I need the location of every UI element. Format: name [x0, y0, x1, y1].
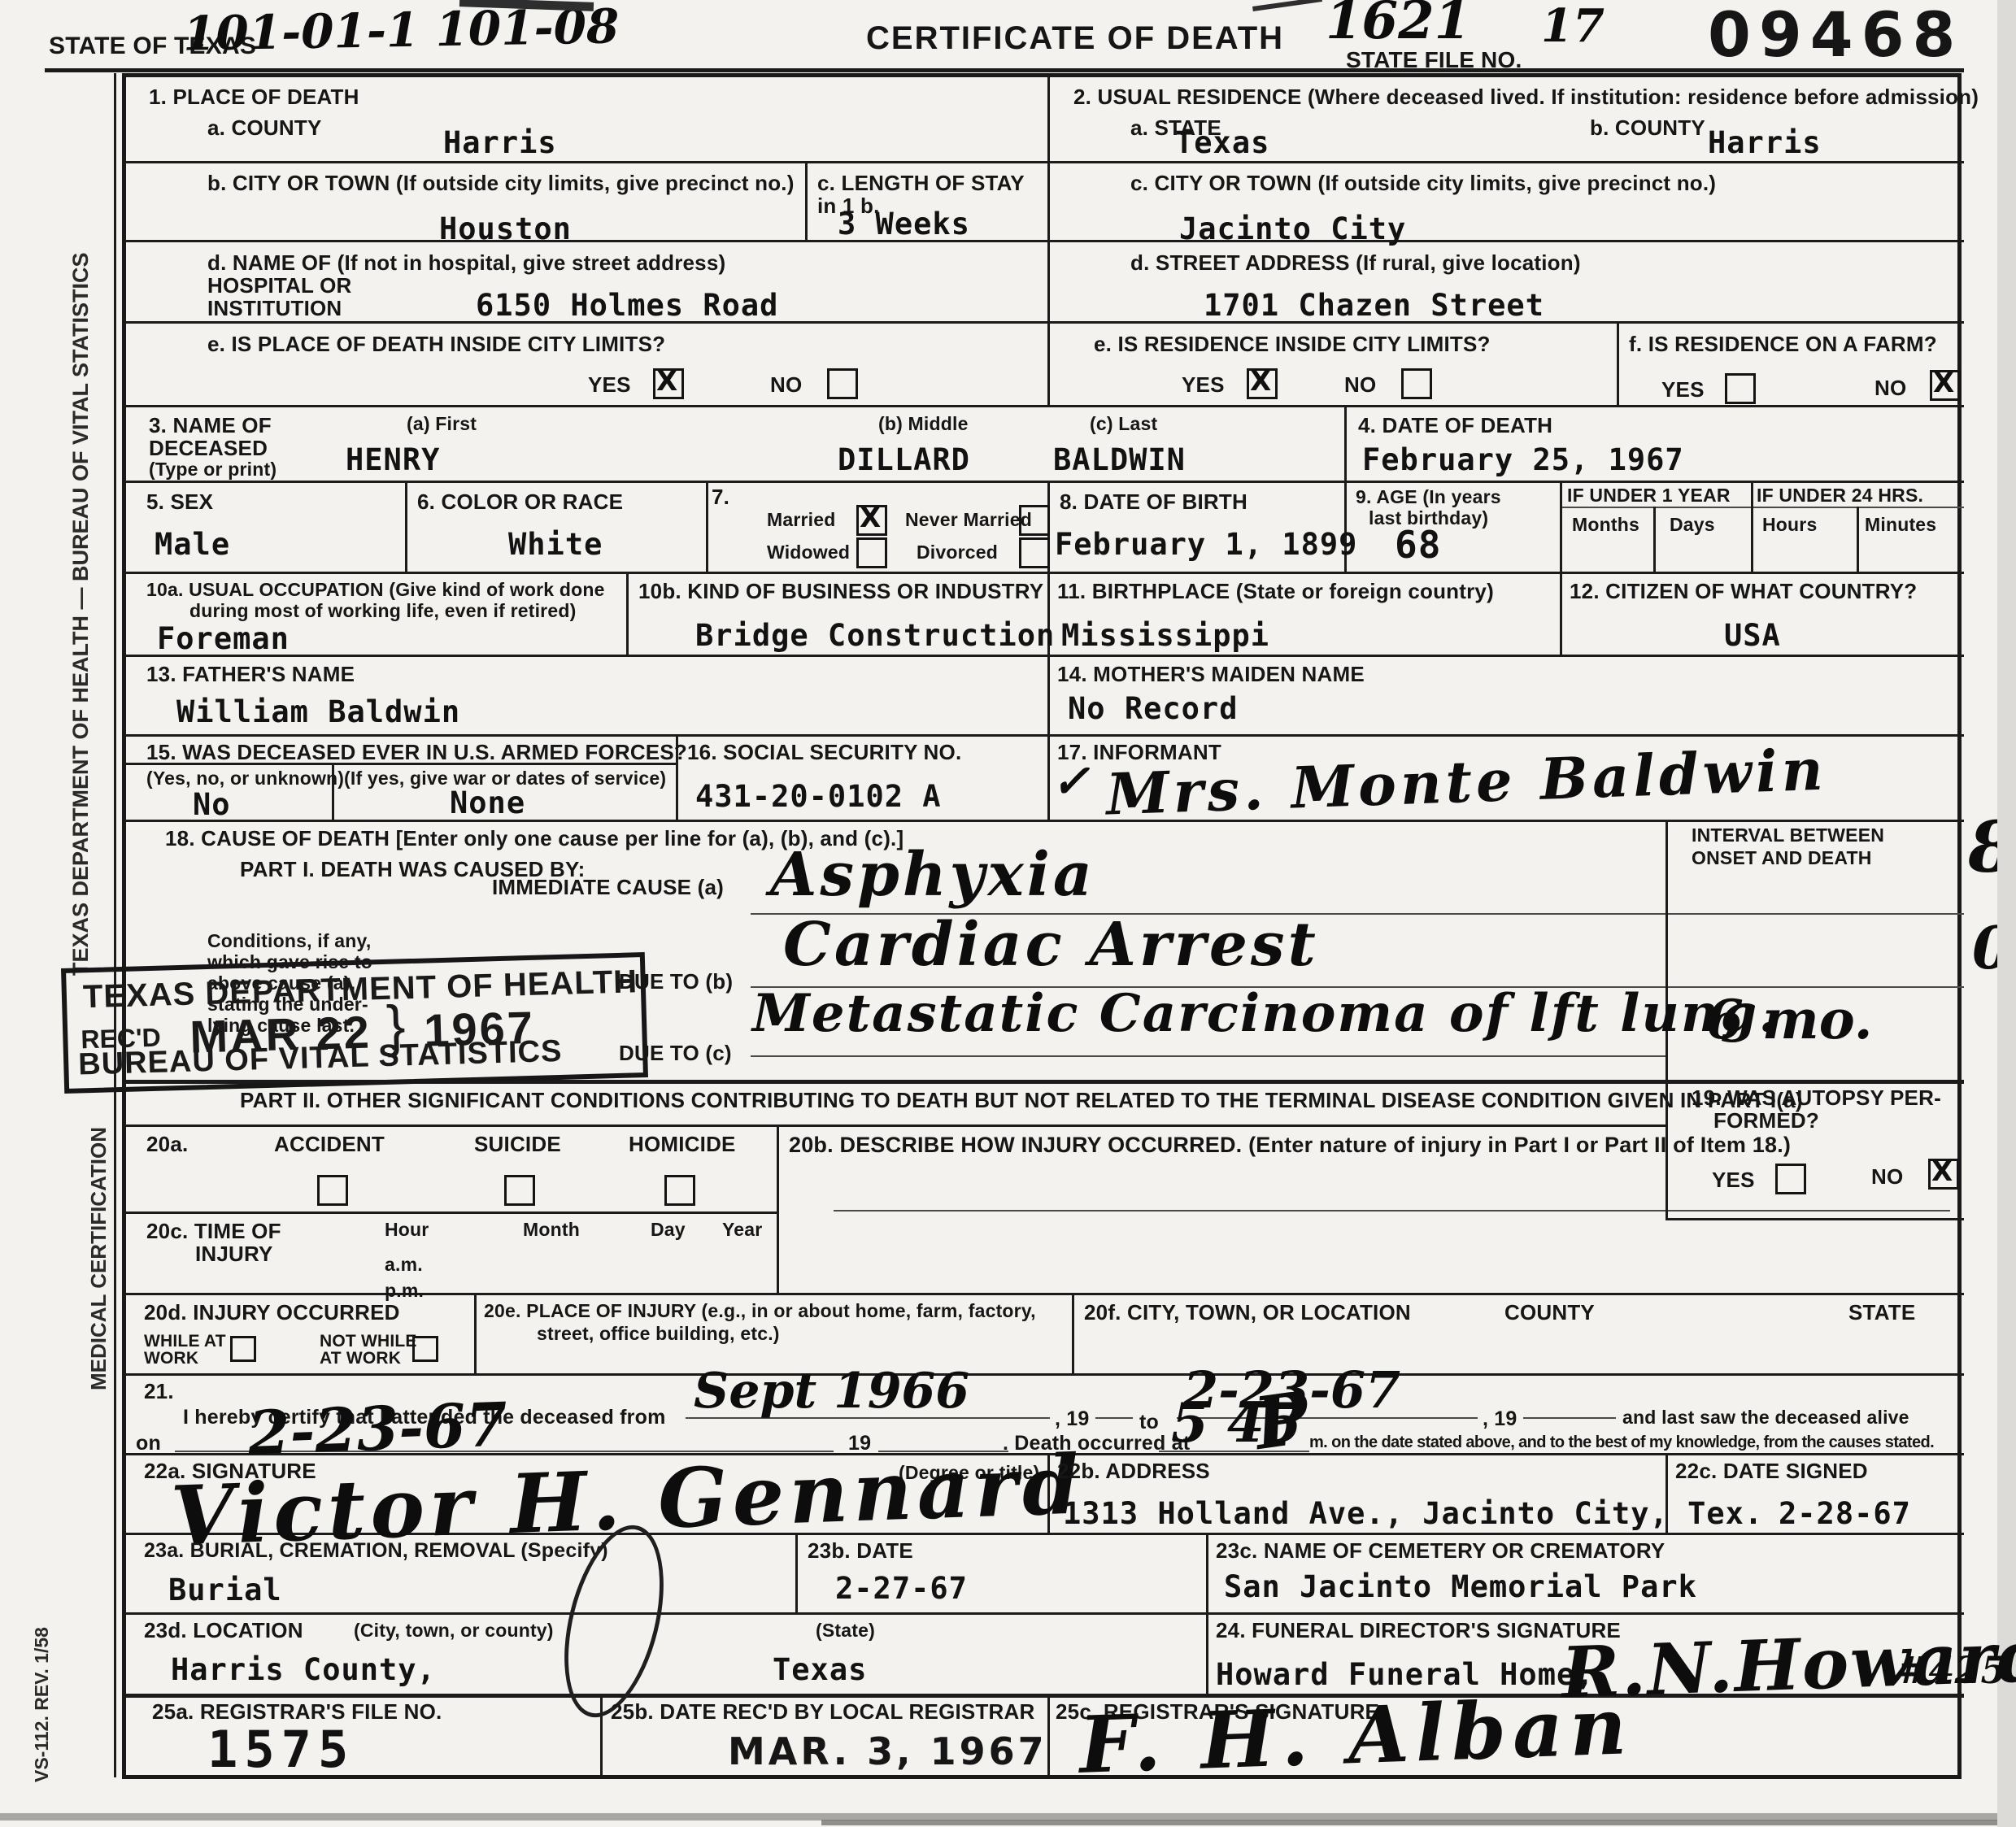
cause-c-line — [751, 1055, 1665, 1057]
occupation-label2: during most of working life, even if ret… — [189, 601, 576, 622]
checkbox-mark: X — [1250, 368, 1271, 395]
divider — [1047, 1694, 1050, 1775]
divider — [126, 572, 1964, 574]
yes-label: YES — [1661, 378, 1705, 402]
first-name-label: (a) First — [407, 414, 477, 435]
ssn-value: 431-20-0102 A — [695, 781, 942, 811]
if-under-24-hrs-label: IF UNDER 24 HRS. — [1757, 485, 1923, 507]
divider — [126, 1373, 1964, 1376]
handwritten-17: 17 — [1541, 3, 1605, 49]
birthplace-label: 11. BIRTHPLACE (State or foreign country… — [1057, 580, 1494, 603]
industry-label: 10b. KIND OF BUSINESS OR INDUSTRY — [638, 580, 1043, 603]
checkbox-mark: X — [1933, 369, 1954, 397]
injury-state-label: STATE — [1848, 1301, 1915, 1325]
divider — [126, 240, 1964, 242]
death-city-limits-label: e. IS PLACE OF DEATH INSIDE CITY LIMITS? — [207, 333, 665, 356]
divider — [126, 655, 1964, 657]
place-of-injury-label2: street, office building, etc.) — [537, 1324, 780, 1345]
residence-city-limits-label: e. IS RESIDENCE INSIDE CITY LIMITS? — [1094, 333, 1491, 356]
interval-c-value: 6 mo. — [1706, 993, 1873, 1046]
burial-date-value: 2-27-67 — [835, 1573, 968, 1603]
divider — [126, 1124, 1665, 1127]
city-label: b. CITY OR TOWN (If outside city limits,… — [207, 172, 795, 195]
suicide-checkbox — [504, 1175, 535, 1206]
yes-label: YES — [1182, 373, 1225, 397]
yes-label: YES — [1712, 1168, 1755, 1192]
burial-label: 23a. BURIAL, CREMATION, REMOVAL (Specify… — [144, 1539, 608, 1562]
pm-label: p.m. — [385, 1281, 424, 1302]
minutes-label: Minutes — [1865, 515, 1936, 536]
divider — [1751, 481, 1753, 572]
header-rule — [45, 68, 1964, 72]
autopsy-yes-checkbox — [1775, 1164, 1806, 1194]
nineteen-label: , 19 — [1055, 1407, 1090, 1430]
divider — [126, 405, 1964, 407]
if-under-1-year-label: IF UNDER 1 YEAR — [1567, 485, 1731, 507]
registrar-signature: F. H. Alban — [1078, 1687, 1635, 1785]
length-of-stay-label: c. LENGTH OF STAY — [817, 172, 1025, 195]
state-sublabel: (State) — [816, 1620, 875, 1642]
armed-forces-label: 15. WAS DECEASED EVER IN U.S. ARMED FORC… — [146, 741, 687, 764]
residence-city-label: c. CITY OR TOWN (If outside city limits,… — [1130, 172, 1716, 195]
armed-forces-value2: None — [450, 788, 525, 818]
hour-label: Hour — [385, 1220, 429, 1241]
divider — [1857, 507, 1859, 572]
no-label: NO — [770, 373, 802, 397]
accident-checkbox — [317, 1175, 348, 1206]
divider — [1206, 1533, 1208, 1612]
divider — [1617, 321, 1619, 405]
armed-forces-sub1: (Yes, no, or unknown) — [146, 768, 344, 790]
no-label: NO — [1871, 1165, 1903, 1189]
divider — [474, 1293, 477, 1373]
blank-line — [1095, 1417, 1133, 1419]
last-name-label: (c) Last — [1090, 414, 1157, 435]
registrar-file-value: 1575 — [207, 1725, 355, 1775]
divider — [1653, 507, 1656, 572]
last-name-value: BALDWIN — [1053, 445, 1186, 475]
injury-county-label: COUNTY — [1504, 1301, 1595, 1325]
first-name-value: HENRY — [346, 445, 440, 475]
suicide-label: SUICIDE — [474, 1133, 561, 1156]
scan-edge-band — [821, 1820, 2016, 1825]
last-saw-alive-label: and last saw the deceased alive — [1622, 1407, 1909, 1429]
time-of-injury-label2: INJURY — [195, 1242, 273, 1266]
divider — [1560, 507, 1964, 508]
autopsy-label: 19. WAS AUTOPSY PER- — [1692, 1086, 1941, 1110]
yes-label: YES — [588, 373, 631, 397]
divorced-checkbox — [1019, 537, 1050, 568]
divider — [126, 1612, 1964, 1615]
homicide-checkbox — [664, 1175, 695, 1206]
divider — [126, 734, 1964, 737]
not-while-at-work-label: NOT WHILE — [320, 1332, 417, 1351]
divider — [1560, 481, 1562, 572]
location-sublabel: (City, town, or county) — [354, 1620, 554, 1642]
hospital-value: 6150 Holmes Road — [476, 290, 778, 320]
blank-line — [1523, 1417, 1616, 1419]
injury-blank-line — [834, 1210, 1950, 1211]
nineteen-label: , 19 — [1483, 1407, 1517, 1430]
county-label: a. COUNTY — [207, 116, 321, 140]
place-of-death-title: 1. PLACE OF DEATH — [149, 85, 359, 109]
location-label: 23d. LOCATION — [144, 1619, 303, 1642]
citizen-value: USA — [1724, 620, 1781, 650]
divider — [1047, 734, 1050, 820]
accident-label: ACCIDENT — [274, 1133, 385, 1156]
death-limits-no-checkbox — [827, 368, 858, 399]
month-label: Month — [523, 1220, 580, 1241]
burial-value: Burial — [168, 1575, 282, 1605]
armed-forces-value1: No — [193, 790, 231, 820]
marital-section-label: 7. — [712, 485, 729, 509]
city-value: Houston — [439, 214, 572, 244]
sex-value: Male — [155, 529, 230, 559]
divider — [126, 481, 1964, 483]
widowed-label: Widowed — [767, 542, 850, 563]
injury-occurred-label: 20d. INJURY OCCURRED — [144, 1301, 400, 1325]
never-married-checkbox — [1019, 505, 1050, 536]
describe-injury-label: 20b. DESCRIBE HOW INJURY OCCURRED. (Ente… — [789, 1133, 1791, 1157]
ssn-label: 16. SOCIAL SECURITY NO. — [687, 741, 961, 764]
autopsy-label2: FORMED? — [1713, 1109, 1819, 1133]
no-label: NO — [1874, 376, 1906, 400]
divider — [1344, 405, 1347, 481]
divider — [126, 820, 1964, 822]
age-value: 68 — [1395, 526, 1441, 563]
date-signed-value: 2-28-67 — [1779, 1499, 1911, 1529]
date-signed-label: 22c. DATE SIGNED — [1675, 1459, 1868, 1483]
color-race-value: White — [508, 529, 603, 559]
hospital-label3: INSTITUTION — [207, 297, 342, 320]
residence-city-value: Jacinto City — [1179, 214, 1406, 244]
certificate-form: 1. PLACE OF DEATH a. COUNTY Harris 2. US… — [122, 73, 1962, 1779]
interval-label2: ONSET AND DEATH — [1692, 848, 1872, 869]
day-label: Day — [651, 1220, 686, 1241]
address-label: 22b. ADDRESS — [1057, 1459, 1210, 1483]
last-saw-date-value: 2-23-67 — [247, 1394, 508, 1464]
funeral-number: #425 — [1897, 1651, 2007, 1689]
residence-county-value: Harris — [1708, 128, 1822, 158]
date-of-birth-value: February 1, 1899 — [1055, 529, 1357, 559]
divider — [1665, 913, 1964, 915]
hours-label: Hours — [1762, 515, 1817, 536]
death-time-ampm: P — [1250, 1381, 1313, 1459]
type-or-print-label: (Type or print) — [149, 459, 276, 481]
date-recd-stamp: MAR. 3, 1967 — [728, 1731, 1047, 1773]
divider — [126, 161, 1964, 163]
not-while-at-work-label2: AT WORK — [320, 1349, 401, 1368]
death-limits-yes-checkbox: X — [653, 368, 684, 399]
industry-value: Bridge Construction — [695, 620, 1055, 650]
hospital-label2: HOSPITAL OR — [207, 274, 351, 298]
address-value: 1313 Holland Ave., Jacinto City, Tex. — [1063, 1499, 1763, 1529]
divider — [126, 321, 1964, 324]
county-value: Harris — [443, 128, 557, 158]
while-at-work-label: WHILE AT — [144, 1332, 226, 1351]
homicide-label: HOMICIDE — [629, 1133, 736, 1156]
received-stamp: TEXAS DEPARTMENT OF HEALTH REC'D MAR 22 … — [61, 952, 648, 1094]
interval-label: INTERVAL BETWEEN — [1692, 825, 1884, 846]
divider — [706, 481, 708, 572]
not-while-at-work-checkbox — [412, 1336, 438, 1362]
certificate-title: CERTIFICATE OF DEATH — [866, 20, 1284, 57]
divorced-label: Divorced — [917, 542, 998, 563]
while-at-work-checkbox — [230, 1336, 256, 1362]
time-of-injury-label: 20c. TIME OF — [146, 1220, 281, 1243]
residence-county-label: b. COUNTY — [1590, 116, 1705, 140]
section-21-number: 21. — [144, 1380, 174, 1403]
divider — [405, 481, 407, 572]
to-label: to — [1139, 1411, 1159, 1433]
no-label: NO — [1344, 373, 1376, 397]
left-double-border — [114, 73, 116, 1777]
section-20a-number: 20a. — [146, 1133, 188, 1156]
on-label: on — [136, 1432, 161, 1455]
checkbox-mark: X — [1931, 1158, 1953, 1185]
certify-tail-statement: m. on the date stated above, and to the … — [1309, 1433, 1934, 1451]
residence-farm-label: f. IS RESIDENCE ON A FARM? — [1629, 333, 1937, 356]
date-of-death-value: February 25, 1967 — [1362, 445, 1684, 475]
divider — [1206, 1612, 1208, 1694]
scan-edge-band — [1997, 0, 2016, 1827]
married-checkbox: X — [856, 505, 887, 536]
length-of-stay-value: 3 Weeks — [838, 209, 970, 239]
citizen-label: 12. CITIZEN OF WHAT COUNTRY? — [1570, 580, 1917, 603]
months-label: Months — [1572, 515, 1639, 536]
medical-certification-vertical-label: MEDICAL CERTIFICATION — [86, 1049, 111, 1390]
divider — [1665, 1218, 1964, 1220]
married-label: Married — [767, 510, 835, 531]
residence-limits-yes-checkbox: X — [1247, 368, 1278, 399]
death-certificate-scan: STATE OF TEXAS 101-01-1 101-08 CERTIFICA… — [0, 0, 2016, 1827]
divider — [1047, 655, 1050, 734]
divider — [1047, 77, 1050, 405]
usual-residence-title: 2. USUAL RESIDENCE (Where deceased lived… — [1073, 85, 1979, 109]
date-of-death-label: 4. DATE OF DEATH — [1358, 414, 1552, 437]
divider — [795, 1533, 798, 1612]
street-address-value: 1701 Chazen Street — [1204, 290, 1544, 320]
scan-smudge — [1252, 0, 1322, 11]
color-race-label: 6. COLOR OR RACE — [417, 490, 623, 514]
while-at-work-label2: WORK — [144, 1349, 198, 1368]
name-of-deceased-title: 3. NAME OF — [149, 414, 272, 437]
farm-no-checkbox: X — [1930, 370, 1961, 401]
occupation-value: Foreman — [157, 624, 290, 654]
year-label: Year — [722, 1220, 762, 1241]
birthplace-value: Mississippi — [1061, 620, 1269, 650]
street-address-label: d. STREET ADDRESS (If rural, give locati… — [1130, 251, 1581, 275]
never-married-label: Never Married — [905, 510, 1032, 531]
divider — [805, 161, 808, 240]
handwritten-code: 101-01-1 101-08 — [183, 2, 620, 57]
place-of-injury-label: 20e. PLACE OF INJURY (e.g., in or about … — [484, 1301, 1036, 1322]
am-label: a.m. — [385, 1255, 423, 1276]
handwritten-1621: 1621 — [1326, 0, 1470, 47]
residence-state-value: Texas — [1175, 128, 1269, 158]
residence-limits-no-checkbox — [1401, 368, 1432, 399]
hospital-label: d. NAME OF (If not in hospital, give str… — [207, 251, 725, 275]
father-name-label: 13. FATHER'S NAME — [146, 663, 355, 686]
informant-checkmark: ✓ — [1052, 759, 1090, 804]
widowed-checkbox — [856, 537, 887, 568]
cause-c-value: Metastatic Carcinoma of lft lung. — [752, 988, 1778, 1040]
middle-name-value: DILLARD — [838, 445, 970, 475]
form-code-vertical-label: VS-112. REV. 1/58 — [31, 1603, 53, 1782]
farm-yes-checkbox — [1725, 373, 1756, 404]
father-name-value: William Baldwin — [176, 697, 460, 727]
divider — [777, 1124, 779, 1293]
immediate-cause-label: IMMEDIATE CAUSE (a) — [492, 876, 724, 899]
autopsy-no-checkbox: X — [1928, 1159, 1959, 1190]
checkbox-mark: X — [860, 504, 881, 532]
cause-b-value: Cardiac Arrest — [783, 915, 1319, 975]
date-recd-label: 25b. DATE REC'D BY LOCAL REGISTRAR — [611, 1700, 1034, 1724]
burial-date-label: 23b. DATE — [808, 1539, 913, 1563]
divider — [126, 1211, 777, 1214]
mother-maiden-label: 14. MOTHER'S MAIDEN NAME — [1057, 663, 1365, 686]
date-of-birth-label: 8. DATE OF BIRTH — [1060, 490, 1247, 514]
sex-label: 5. SEX — [146, 490, 213, 514]
occupation-label: 10a. USUAL OCCUPATION (Give kind of work… — [146, 580, 605, 601]
days-label: Days — [1670, 515, 1715, 536]
middle-name-label: (b) Middle — [878, 414, 969, 435]
conditions-note-1: Conditions, if any, — [207, 931, 371, 952]
cause-a-value: Asphyxia — [770, 845, 1095, 905]
name-of-deceased-title2: DECEASED — [149, 437, 268, 460]
department-vertical-label: TEXAS DEPARTMENT OF HEALTH — BUREAU OF V… — [68, 220, 94, 976]
part2-label: PART II. OTHER SIGNIFICANT CONDITIONS CO… — [240, 1089, 1803, 1112]
checkbox-mark: X — [656, 368, 677, 395]
cemetery-value: San Jacinto Memorial Park — [1224, 1572, 1697, 1602]
cemetery-label: 23c. NAME OF CEMETERY OR CREMATORY — [1216, 1539, 1665, 1563]
divider — [1560, 572, 1562, 655]
divider — [1072, 1293, 1074, 1373]
injury-city-label: 20f. CITY, TOWN, OR LOCATION — [1084, 1301, 1411, 1325]
attended-from-value: Sept 1966 — [694, 1367, 969, 1416]
file-number-stamp: 09468 — [1708, 0, 1963, 69]
divider — [626, 572, 629, 655]
location-value: Harris County, — [171, 1655, 436, 1685]
age-label: 9. AGE (In years — [1356, 487, 1501, 508]
mother-maiden-value: No Record — [1068, 694, 1238, 724]
location-state-value: Texas — [773, 1655, 867, 1685]
